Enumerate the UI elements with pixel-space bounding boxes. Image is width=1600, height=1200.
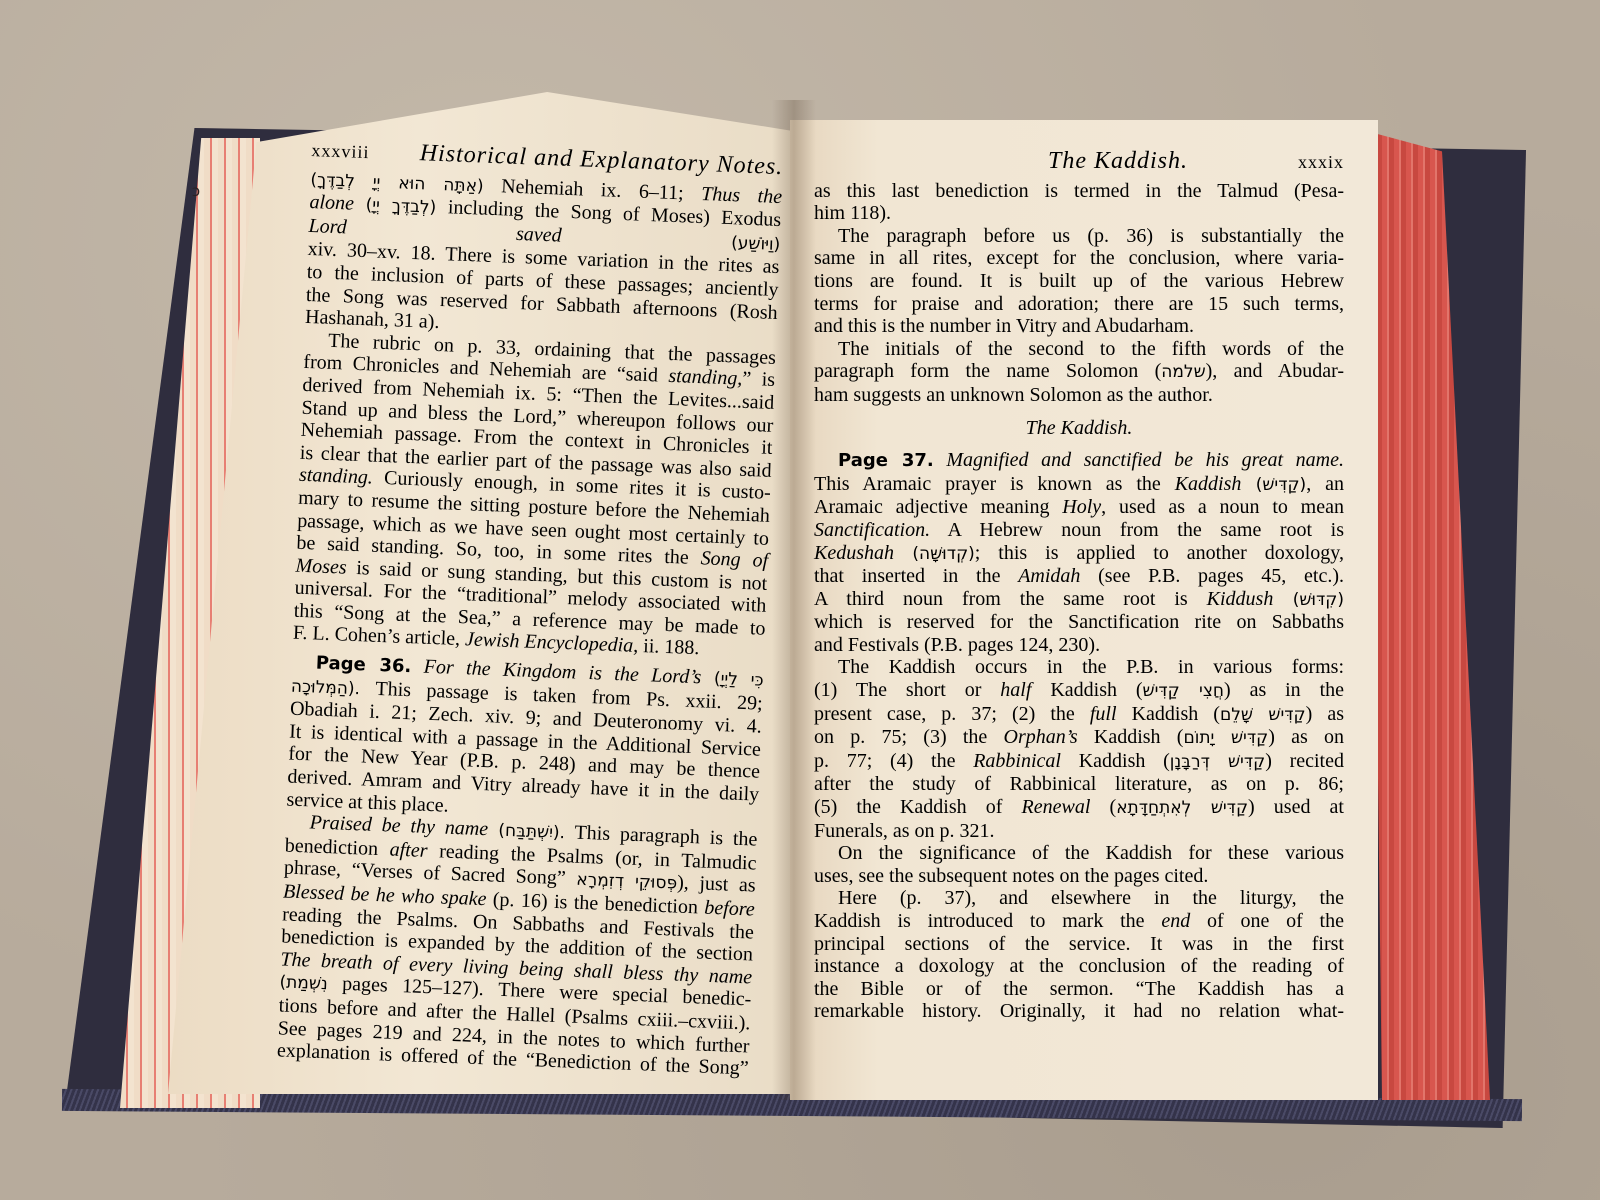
text-line: paragraph form the name Solomon (שלמה), … [814, 360, 1344, 384]
text-line: principal sections of the service. It wa… [814, 933, 1344, 956]
text-line: ham suggests an unknown Solomon as the a… [814, 384, 1344, 407]
left-page-text: xxxviii Historical and Explanatory Notes… [277, 138, 784, 1080]
text-line: Kedushah (קְדוּשָּׁה); this is applied t… [814, 542, 1344, 566]
page-37-label: Page 37. [838, 450, 934, 471]
text-line: present case, p. 37; (2) the full Kaddis… [814, 703, 1344, 727]
text-line: on p. 75; (3) the Orphan’s Kaddish (קַדִ… [814, 726, 1344, 750]
text-line: Sanctification. A Hebrew noun from the s… [814, 519, 1344, 542]
text-line: as this last benediction is termed in th… [814, 180, 1344, 203]
text-line: him 118). [814, 202, 1344, 225]
text-line: remarkable history. Originally, it had n… [814, 1000, 1344, 1023]
page-36-label: Page 36. [315, 653, 411, 678]
text-line: tions are found. It is built up of the v… [814, 270, 1344, 293]
text-line: The paragraph before us (p. 36) is subst… [814, 225, 1344, 248]
text-line: Page 37. Magnified and sanctified be his… [814, 449, 1344, 473]
margin-mark: ↄ [192, 180, 200, 201]
text-line: A third noun from the same root is Kiddu… [814, 588, 1344, 612]
text-line: This Aramaic prayer is known as the Kadd… [814, 473, 1344, 497]
text-line: p. 77; (4) the Rabbinical Kaddish (קַדִּ… [814, 750, 1344, 774]
text-line: instance a doxology at the conclusion of… [814, 955, 1344, 978]
right-page-number: xxxix [1298, 151, 1344, 174]
right-running-head: The Kaddish. xxxix [814, 150, 1344, 174]
right-running-title: The Kaddish. [1048, 150, 1188, 173]
text-line: the Bible or of the sermon. “The Kaddish… [814, 978, 1344, 1001]
text-line: that inserted in the Amidah (see P.B. pa… [814, 565, 1344, 588]
text-line: Aramaic adjective meaning Holy, used as … [814, 496, 1344, 519]
left-page-number: xxxviii [311, 139, 370, 164]
text-line: The Kaddish occurs in the P.B. in variou… [814, 656, 1344, 679]
right-page-text: The Kaddish. xxxix as this last benedict… [814, 150, 1344, 1023]
text-line: On the significance of the Kaddish for t… [814, 842, 1344, 865]
text-line: The initials of the second to the fifth … [814, 338, 1344, 361]
text-line: Funerals, as on p. 321. [814, 820, 1344, 843]
text-line: Kaddish is introduced to mark the end of… [814, 910, 1344, 933]
text-line: and Festivals (P.B. pages 124, 230). [814, 634, 1344, 657]
text-line: after the study of Rabbinical literature… [814, 773, 1344, 796]
text-line: (5) the Kaddish of Renewal (קַדִּישׁ לְא… [814, 796, 1344, 820]
text-line: which is reserved for the Sanctification… [814, 611, 1344, 634]
text-line: Here (p. 37), and elsewhere in the litur… [814, 887, 1344, 910]
section-heading: The Kaddish. [814, 417, 1344, 440]
text-line: same in all rites, except for the conclu… [814, 247, 1344, 270]
text-line: terms for praise and adoration; there ar… [814, 293, 1344, 316]
text-line: uses, see the subsequent notes on the pa… [814, 865, 1344, 888]
text-line: (1) The short or half Kaddish (חֲצִי קַד… [814, 679, 1344, 703]
text-line: and this is the number in Vitry and Abud… [814, 315, 1344, 338]
